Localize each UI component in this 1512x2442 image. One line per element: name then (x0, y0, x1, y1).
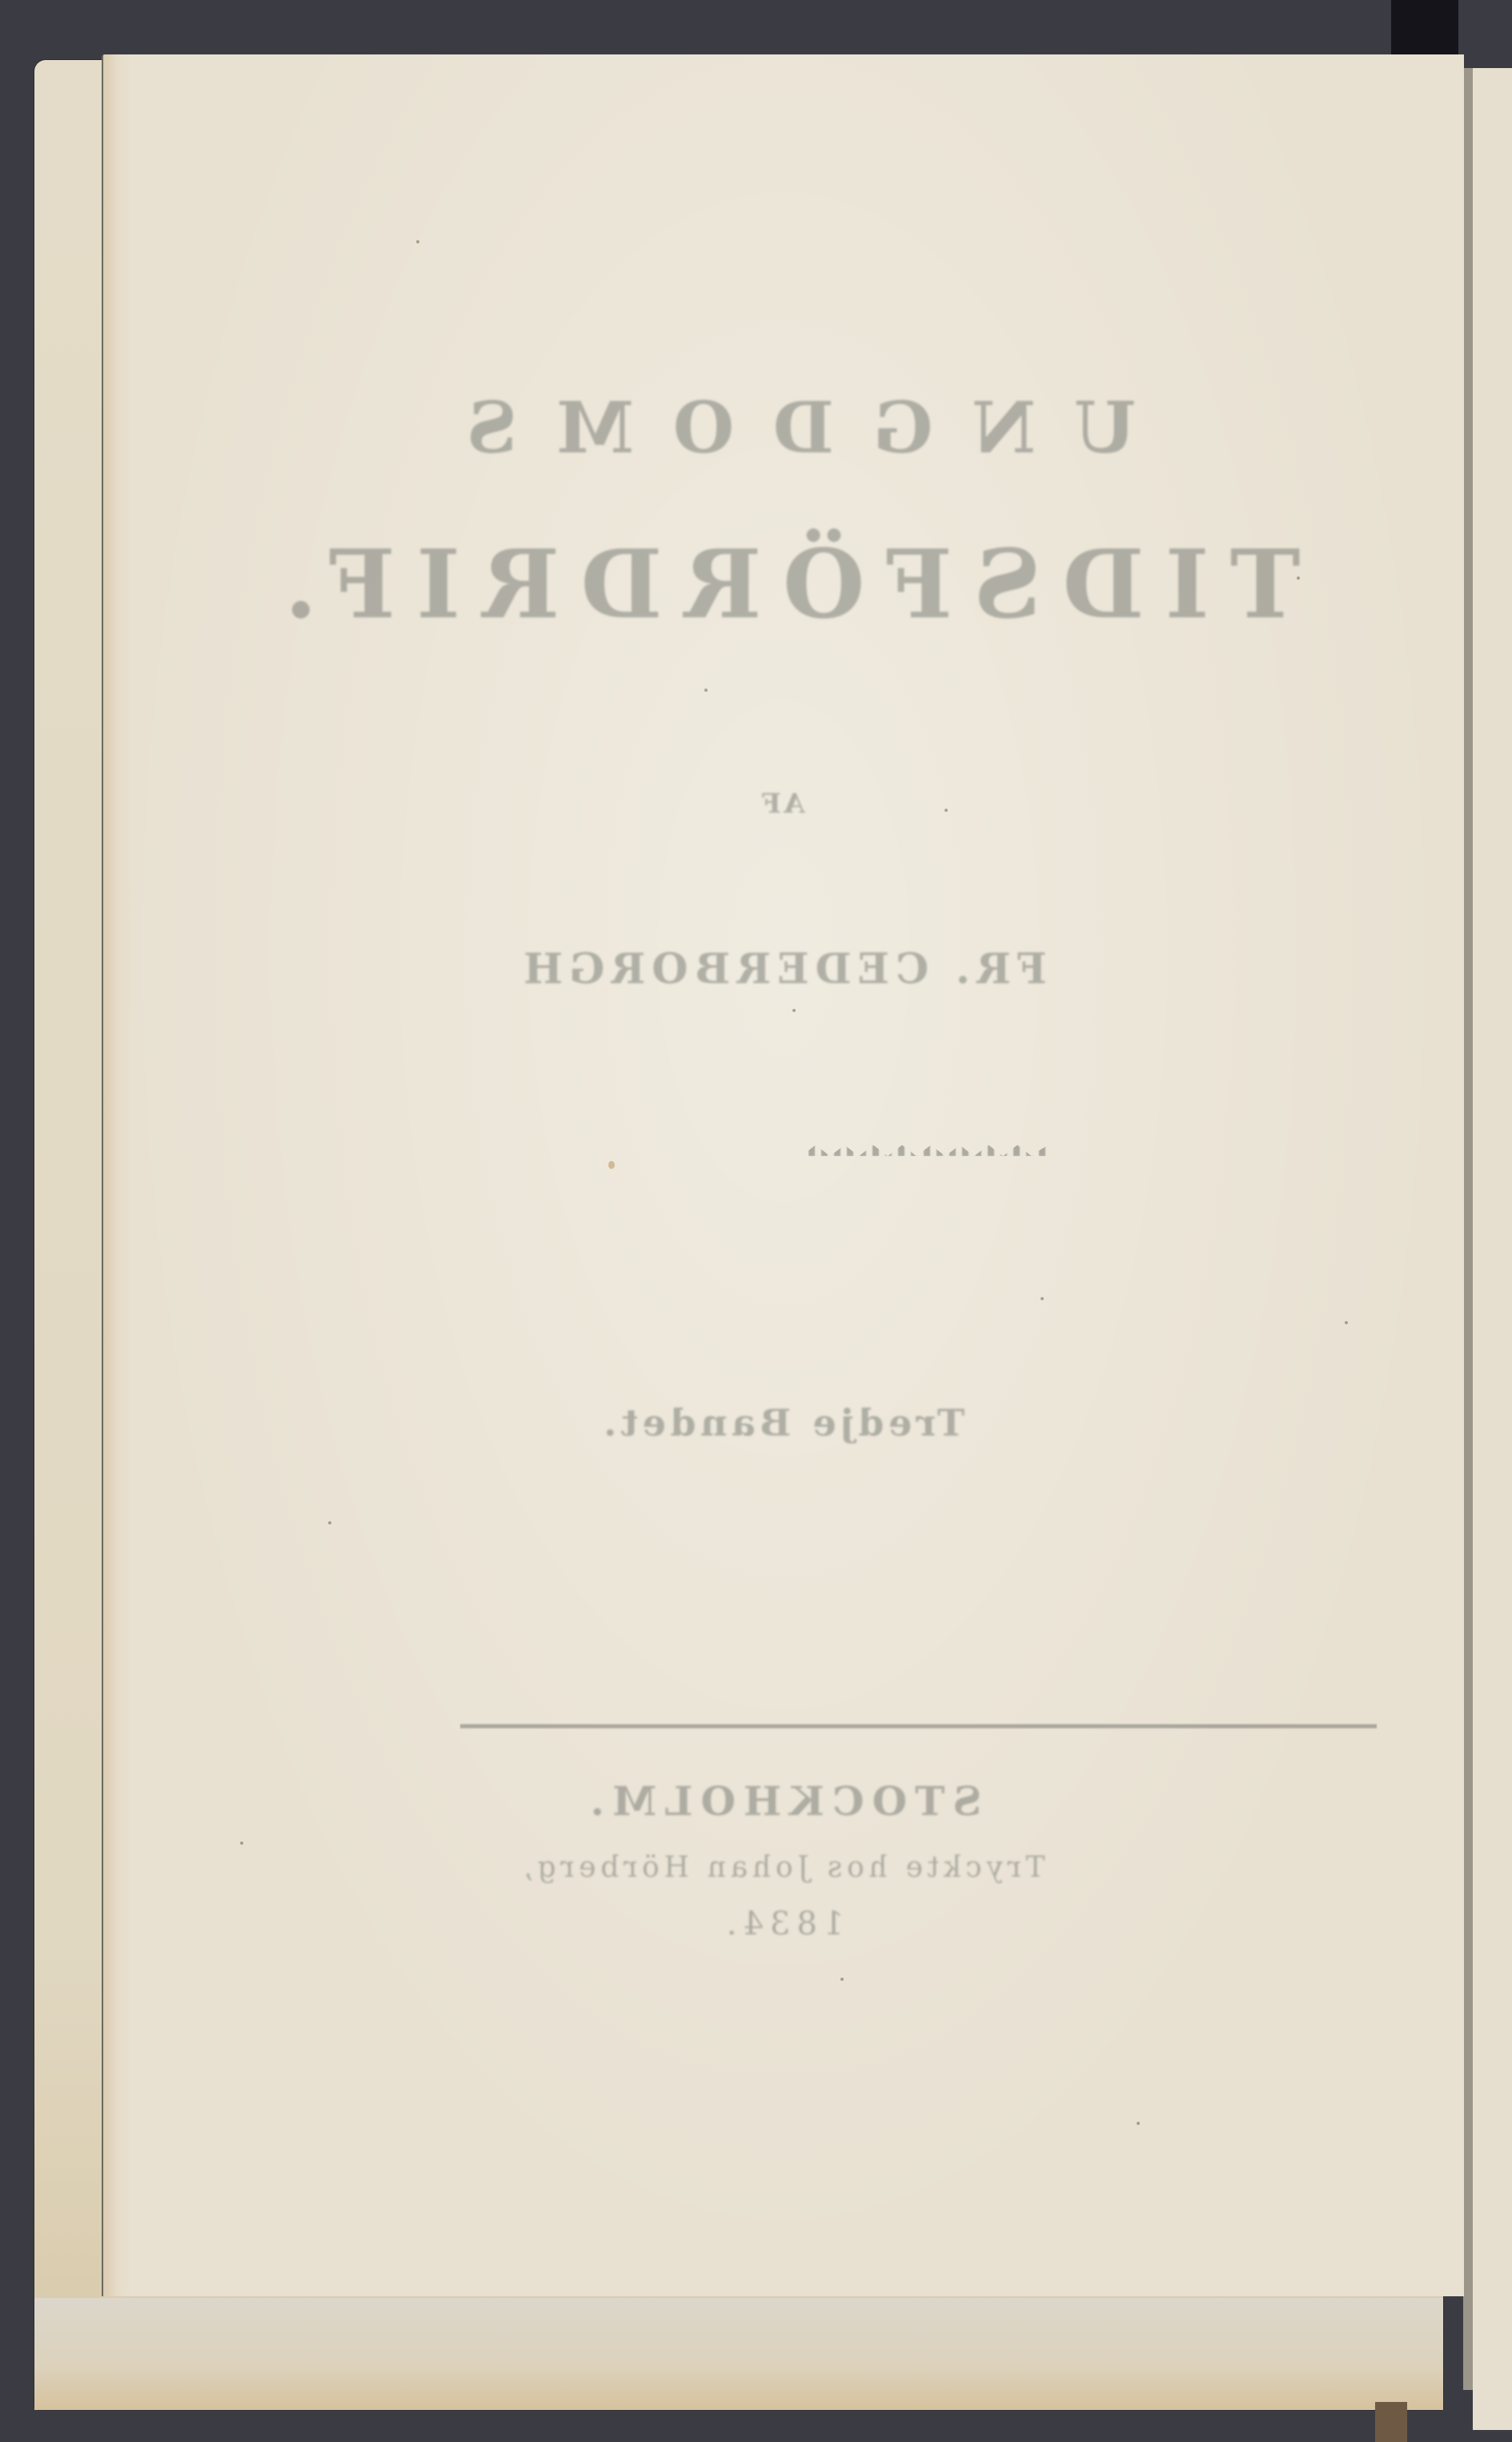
bleed-horizontal-rule (460, 1724, 1377, 1729)
bleed-author: FR. CEDERBORGH (102, 945, 1462, 994)
bleed-place: STOCKHOLM. (102, 1777, 1462, 1825)
bleed-title-line-2: TIDSFÖRDRIF. (102, 528, 1483, 640)
bleed-volume: Tredje Bandet. (102, 1401, 1462, 1444)
bleed-printer: Tryckte hos Johan Hörberg, (102, 1851, 1462, 1884)
bleed-byline-prefix: AF (102, 788, 1462, 820)
bleed-title-line-1: UNGDOMS (102, 386, 1501, 469)
flyleaf-bottom-edge (34, 2298, 1443, 2410)
bleed-year: 1834. (102, 1906, 1462, 1942)
binding-stub (1375, 2402, 1407, 2442)
